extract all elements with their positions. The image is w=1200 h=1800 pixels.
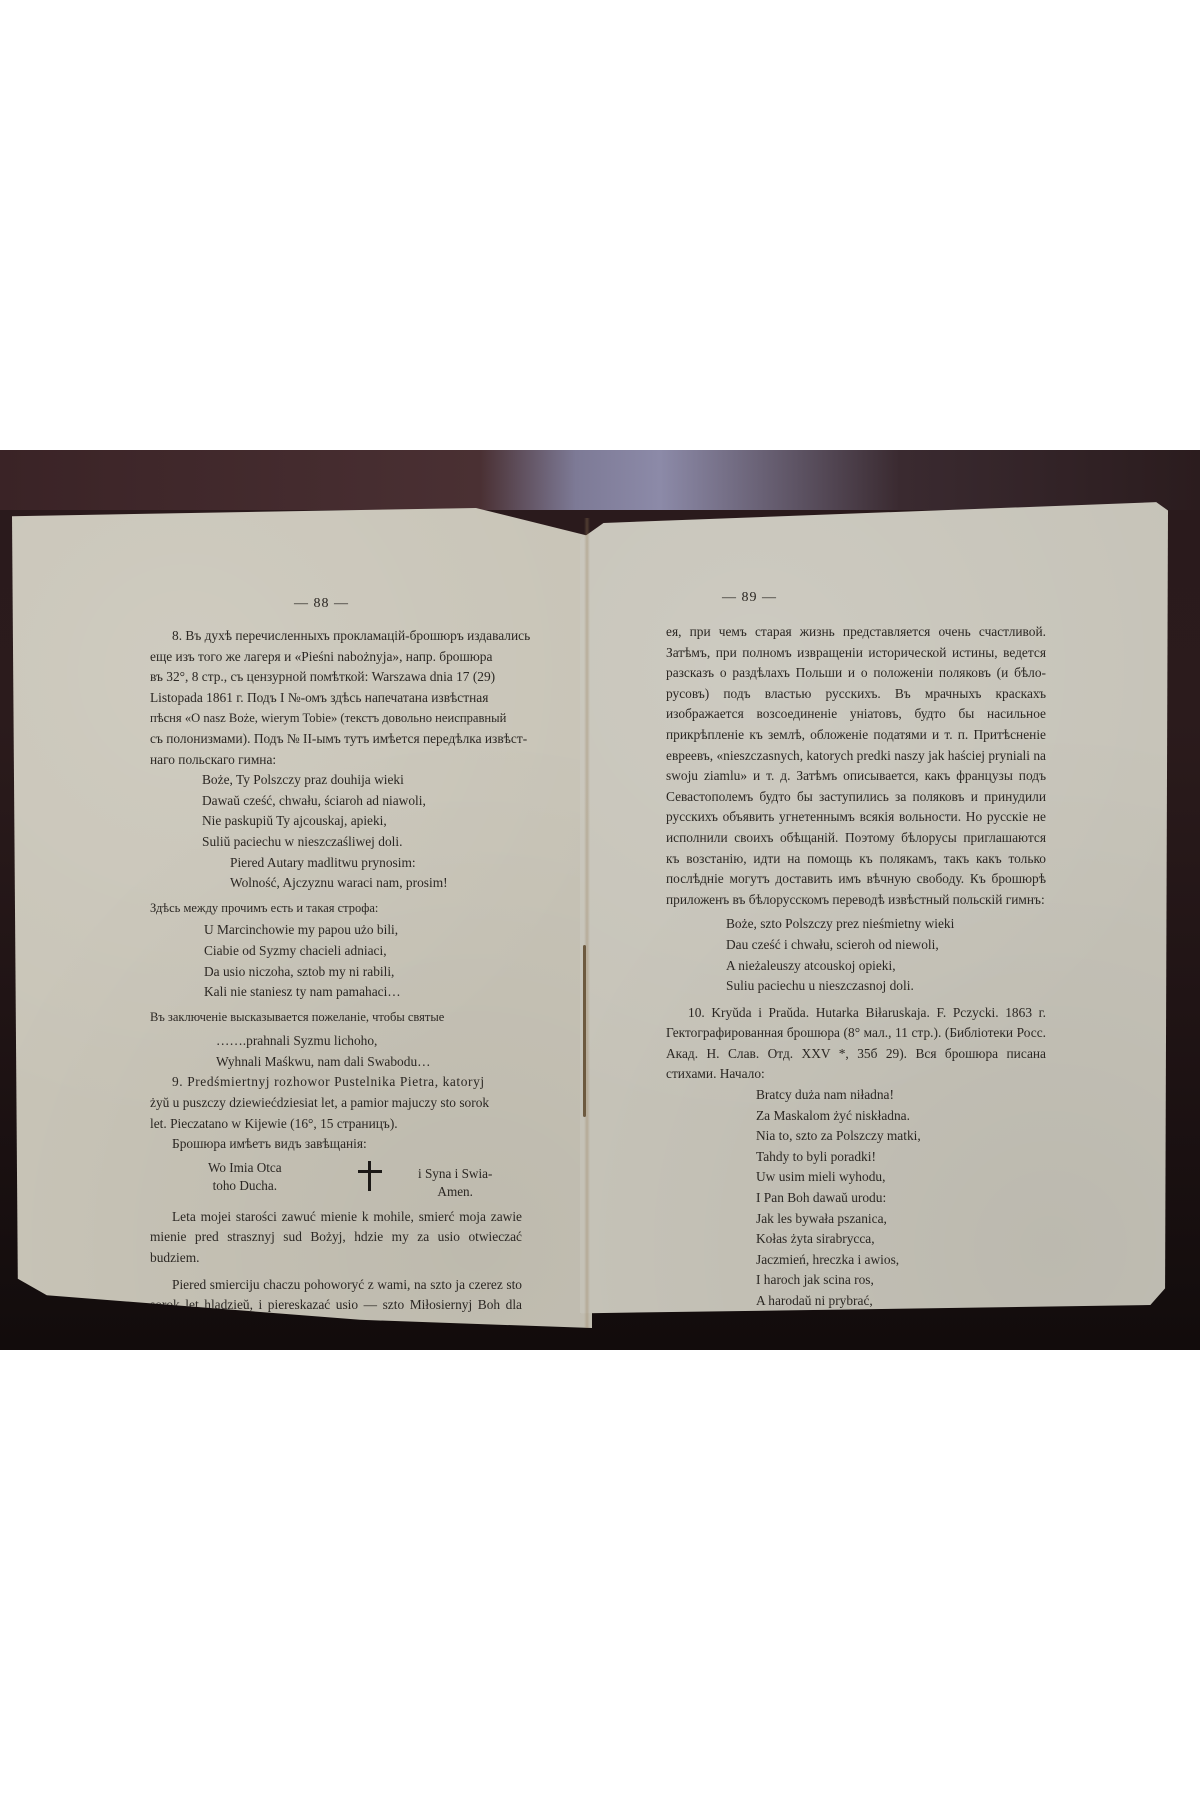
testament-paragraph: Piered smierciju chaczu pohoworyć z wami…: [150, 1275, 522, 1337]
verse-line: …….prahnali Syzmu lichoho,: [216, 1031, 522, 1052]
text-line: наго польскаго гимна:: [150, 750, 522, 771]
text-line: Listopada 1861 г. Подъ I №-омъ здѣсь нап…: [150, 688, 522, 709]
verse-line: Uw usim mieli wyhodu,: [756, 1167, 1046, 1188]
hymn-refrain: Piered Autary madlitwu prynosim: Wolność…: [150, 853, 522, 894]
right-page: — 89 — ея, при чемъ старая жизнь предста…: [580, 498, 1168, 1330]
final-verse: Za praklatym Maskalom Nietu szczascia ni…: [666, 1361, 1046, 1402]
verse-line: Za praklatym Maskalom: [756, 1361, 1046, 1382]
right-page-body: ея, при чемъ старая жизнь представляется…: [666, 622, 1046, 1402]
section-8: 8. Въ духѣ перечисленныхъ прокламацій-бр…: [150, 626, 522, 770]
verse-line: Wyhnali Maśkwu, nam dali Swabodu…: [216, 1052, 522, 1073]
verse-line: Boże, Ty Polszczy praz douhija wieki: [202, 770, 522, 791]
text-line: еще изъ того же лагеря и «Pieśni nabożny…: [150, 647, 522, 668]
text-line: пѣсня «O nasz Boże, wierym Tobie» (текст…: [150, 708, 522, 729]
invocation-line: i Syna i Swia-: [418, 1165, 492, 1183]
verse-line: Piered Autary madlitwu prynosim:: [230, 853, 522, 874]
verse-line: Dawaŭ cześć, chwału, ściaroh ad niawoli,: [202, 791, 522, 812]
strophe-intro: Здѣсь между прочимъ есть и такая строфа:: [150, 898, 522, 919]
text-line: въ 32°, 8 стр., съ цензурной помѣткой: W…: [150, 667, 522, 688]
invocation-line: Amen.: [418, 1183, 492, 1201]
verse-line: Tahdy to byli poradki!: [756, 1147, 1046, 1168]
verse-line: Jak les bywała pszanica,: [756, 1209, 1046, 1230]
left-page-body: 8. Въ духѣ перечисленныхъ прокламацій-бр…: [150, 626, 522, 1384]
conclusion-intro: Въ заключеніе высказывается пожеланіе, ч…: [150, 1007, 522, 1028]
poem: Bratcy duża nam niładna! Za Maskalom żyć…: [666, 1085, 1046, 1332]
hymn-verse-belarusian: Boże, szto Polszczy prez nieśmietny wiek…: [666, 914, 1046, 996]
verse-line: Ciabie od Syzmy chacieli adniaci,: [204, 941, 522, 962]
left-page: — 88 — 8. Въ духѣ перечисленныхъ проклам…: [12, 508, 592, 1328]
verse-line: Dau cześć i chwału, scieroh od niewoli,: [726, 935, 1046, 956]
verse-line: Jaczmień, hreczka i awios,: [756, 1250, 1046, 1271]
text-line: 9. Predśmiertnyj rozhowor Pustelnika Pie…: [150, 1072, 522, 1093]
after-poem-text: И скота было вдоволь, масса меду, всяких…: [666, 1338, 1046, 1359]
verse-line: Za Maskalom żyć niskładna.: [756, 1106, 1046, 1127]
hymn-verse: Boże, Ty Polszczy praz douhija wieki Daw…: [150, 770, 522, 852]
verse-line: Szumić trawoj sinażać…: [756, 1312, 1046, 1333]
verse-line: Suliu paciechu u nieszczasnoj doli.: [726, 976, 1046, 997]
verse-line: Bratcy duża nam niładna!: [756, 1085, 1046, 1106]
text-line: let. Pieczatano w Kijewie (16°, 15 стран…: [150, 1114, 522, 1135]
verse-line: I Pan Boh dawaŭ urodu:: [756, 1188, 1046, 1209]
closing-paragraph: Далѣе въ повѣствовательномъ духѣ идетъ р…: [150, 1342, 522, 1383]
opening-paragraph: ея, при чемъ старая жизнь представляется…: [666, 622, 1046, 910]
binding-stitch: [583, 945, 586, 1117]
verse-line: Nie paskupiŭ Ty ajcouskaj, apieki,: [202, 811, 522, 832]
text-line: съ полонизмами). Подъ № II-ымъ тутъ имѣе…: [150, 729, 522, 750]
invocation-line: Wo Imia Otca: [208, 1159, 282, 1177]
strophe-verse: U Marcinchowie my papou użo bili, Ciabie…: [150, 920, 522, 1002]
verse-line: Kali nie staniesz ty nam pamahaci…: [204, 982, 522, 1003]
cross-icon: [358, 1161, 382, 1191]
verse-line: A harodaŭ ni prybrać,: [756, 1291, 1046, 1312]
section-10: 10. Kryŭda i Praŭda. Hutarka Biłaruskaja…: [666, 1003, 1046, 1085]
verse-line: A nieżaleuszy atcouskoj opieki,: [726, 956, 1046, 977]
testament-paragraph: Leta mojei starości zawuć mienie k mohil…: [150, 1207, 522, 1269]
verse-line: Wolność, Ajczyznu waraci nam, prosim!: [230, 873, 522, 894]
verse-line: Kołas żyta sirabrycca,: [756, 1229, 1046, 1250]
verse-line: Boże, szto Polszczy prez nieśmietny wiek…: [726, 914, 1046, 935]
text-line: 8. Въ духѣ перечисленныхъ прокламацій-бр…: [150, 626, 522, 647]
book-spine: [584, 518, 590, 1328]
book-photograph: — 88 — 8. Въ духѣ перечисленныхъ проклам…: [0, 450, 1200, 1350]
text-line: żyŭ u puszczy dziewiećdziesiat let, a pa…: [150, 1093, 522, 1114]
invocation-line: toho Ducha.: [208, 1177, 282, 1195]
conclusion-verse: …….prahnali Syzmu lichoho, Wyhnali Maśkw…: [150, 1031, 522, 1072]
page-number-left: — 88 —: [294, 596, 349, 612]
verse-line: Nia to, szto za Polszczy matki,: [756, 1126, 1046, 1147]
verse-line: Nietu szczascia ni u czom…: [756, 1381, 1046, 1402]
verse-line: Suliŭ paciechu w nieszczaśliwej doli.: [202, 832, 522, 853]
backdrop-surface: [0, 450, 1200, 510]
verse-line: U Marcinchowie my papou użo bili,: [204, 920, 522, 941]
invocation: Wo Imia Otca toho Ducha. i Syna i Swia- …: [150, 1159, 522, 1203]
verse-line: I haroch jak scina ros,: [756, 1270, 1046, 1291]
page-number-right: — 89 —: [722, 590, 777, 606]
testament-intro: Брошюра имѣетъ видъ завѣщанія:: [150, 1134, 522, 1155]
section-9: 9. Predśmiertnyj rozhowor Pustelnika Pie…: [150, 1072, 522, 1154]
invocation-left: Wo Imia Otca toho Ducha.: [208, 1159, 282, 1195]
invocation-right: i Syna i Swia- Amen.: [418, 1165, 492, 1201]
verse-line: Da usio niczoha, sztob my ni rabili,: [204, 962, 522, 983]
